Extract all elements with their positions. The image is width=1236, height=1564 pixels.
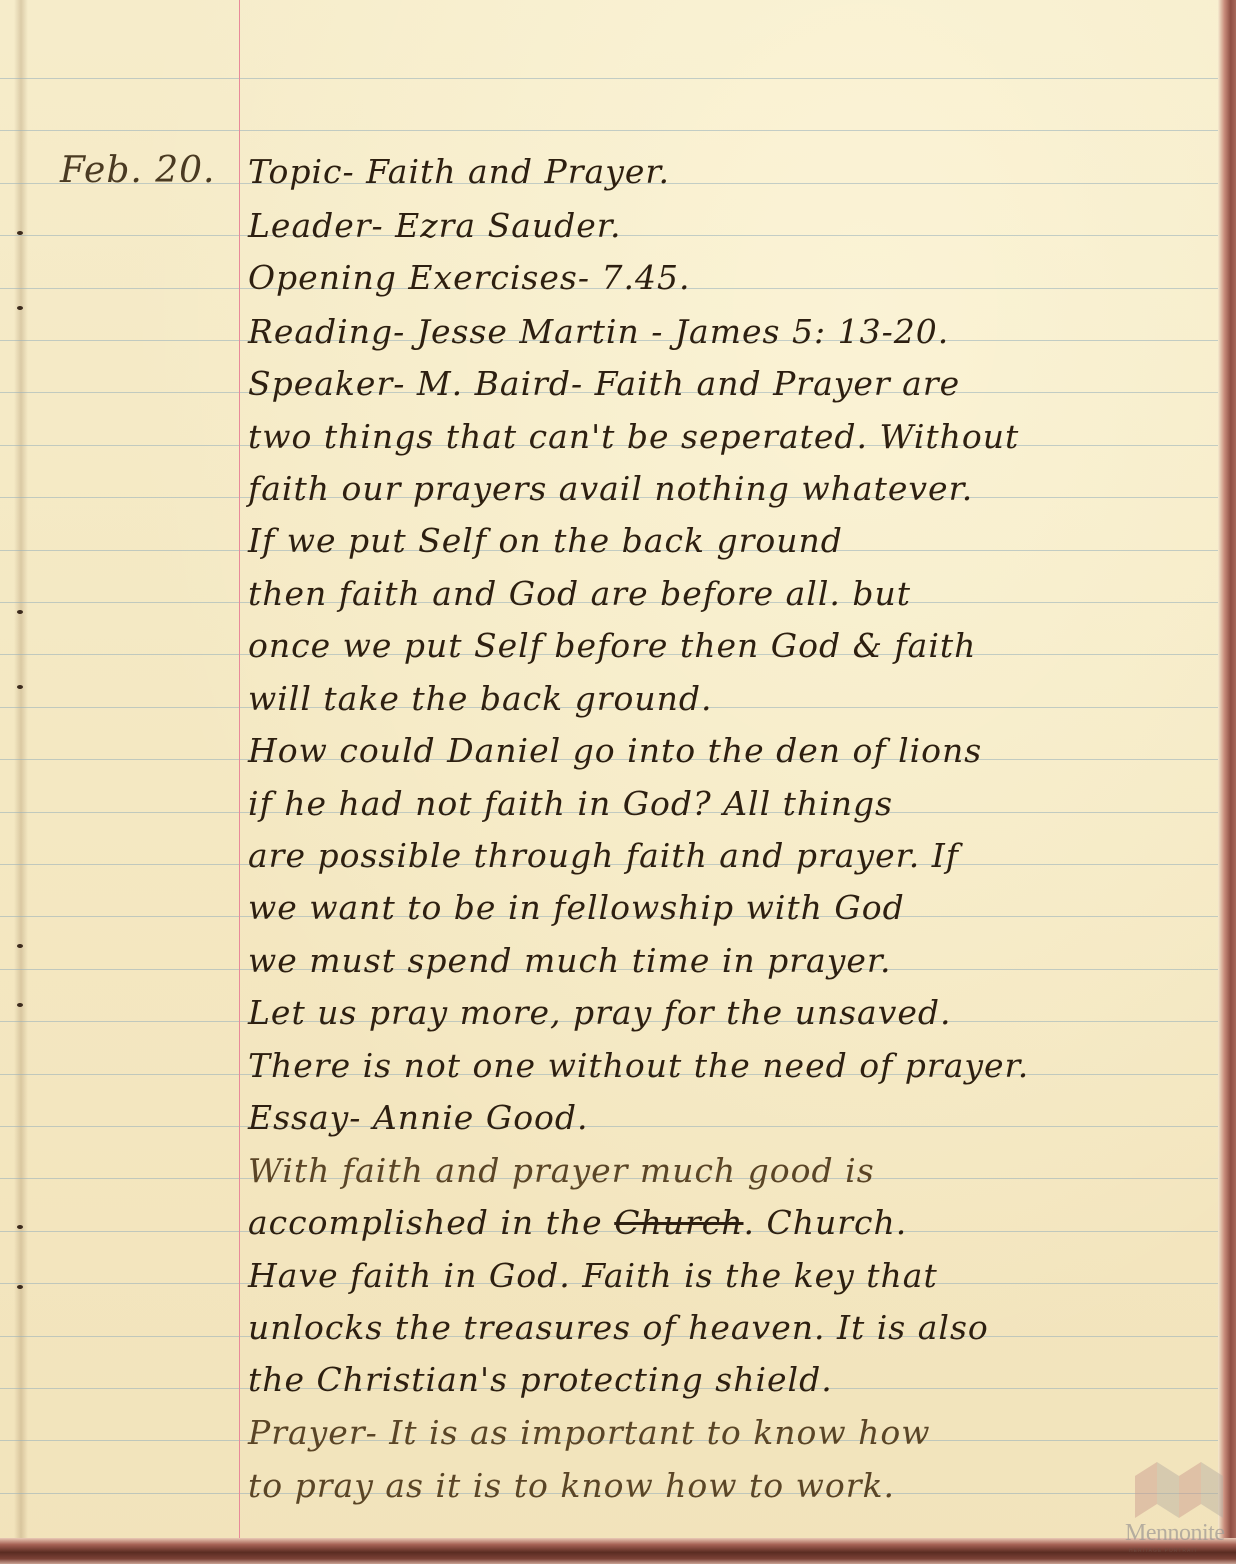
binding-hole [17, 1003, 23, 1007]
text-line: Reading- Jesse Martin - James 5: 13-20. [248, 312, 949, 351]
text-line: Opening Exercises- 7.45. [248, 258, 690, 297]
text-line: There is not one without the need of pra… [248, 1046, 1029, 1085]
text-line: Essay- Annie Good. [248, 1098, 589, 1137]
text-line: to pray as it is to know how to work. [248, 1466, 895, 1505]
text-line: Speaker- M. Baird- Faith and Prayer are [248, 364, 960, 403]
text-segment: accomplished in the [248, 1203, 603, 1242]
text-line: Leader- Ezra Sauder. [248, 206, 621, 245]
page-right-edge [1218, 0, 1236, 1564]
margin-line [239, 0, 240, 1540]
rule-line [0, 130, 1218, 131]
binding-hole [17, 685, 23, 689]
text-line: then faith and God are before all. but [248, 574, 911, 613]
text-line: once we put Self before then God & faith [248, 626, 976, 665]
struck-word: Church [614, 1203, 743, 1242]
text-line: How could Daniel go into the den of lion… [248, 731, 982, 770]
text-line: we must spend much time in prayer. [248, 941, 892, 980]
rule-line [0, 1126, 1218, 1127]
text-line: Have faith in God. Faith is the key that [248, 1256, 938, 1295]
mennonite-logo-icon [1135, 1462, 1223, 1518]
text-line: we want to be in fellowship with God [248, 888, 905, 927]
binding-hole [17, 231, 23, 235]
binding-hole [17, 306, 23, 310]
binding-hole [17, 1285, 23, 1289]
text-line: the Christian's protecting shield. [248, 1360, 833, 1399]
text-segment: . Church. [744, 1203, 908, 1242]
binding-hole [17, 1225, 23, 1229]
text-line: if he had not faith in God? All things [248, 784, 893, 823]
text-line: Prayer- It is as important to know how [248, 1413, 931, 1452]
text-line: will take the back ground. [248, 679, 713, 718]
text-line-struck: accomplished in the Church. Church. [248, 1203, 907, 1242]
entry-date: Feb. 20. [60, 150, 216, 191]
rule-line [0, 78, 1218, 79]
text-line: unlocks the treasures of heaven. It is a… [248, 1308, 989, 1347]
text-line: Topic- Faith and Prayer. [248, 152, 670, 191]
text-line: are possible through faith and prayer. I… [248, 836, 959, 875]
text-line: faith our prayers avail nothing whatever… [248, 469, 973, 508]
text-line: With faith and prayer much good is [248, 1151, 875, 1190]
text-line: Let us pray more, pray for the unsaved. [248, 993, 952, 1032]
text-line: two things that can't be seperated. With… [248, 417, 1019, 456]
page-bottom-edge [0, 1538, 1236, 1564]
notebook-page: Feb. 20. Topic- Faith and Prayer. Leader… [0, 0, 1236, 1564]
binding-hole [17, 944, 23, 948]
text-line: If we put Self on the back ground [248, 521, 843, 560]
binding-hole [17, 610, 23, 614]
